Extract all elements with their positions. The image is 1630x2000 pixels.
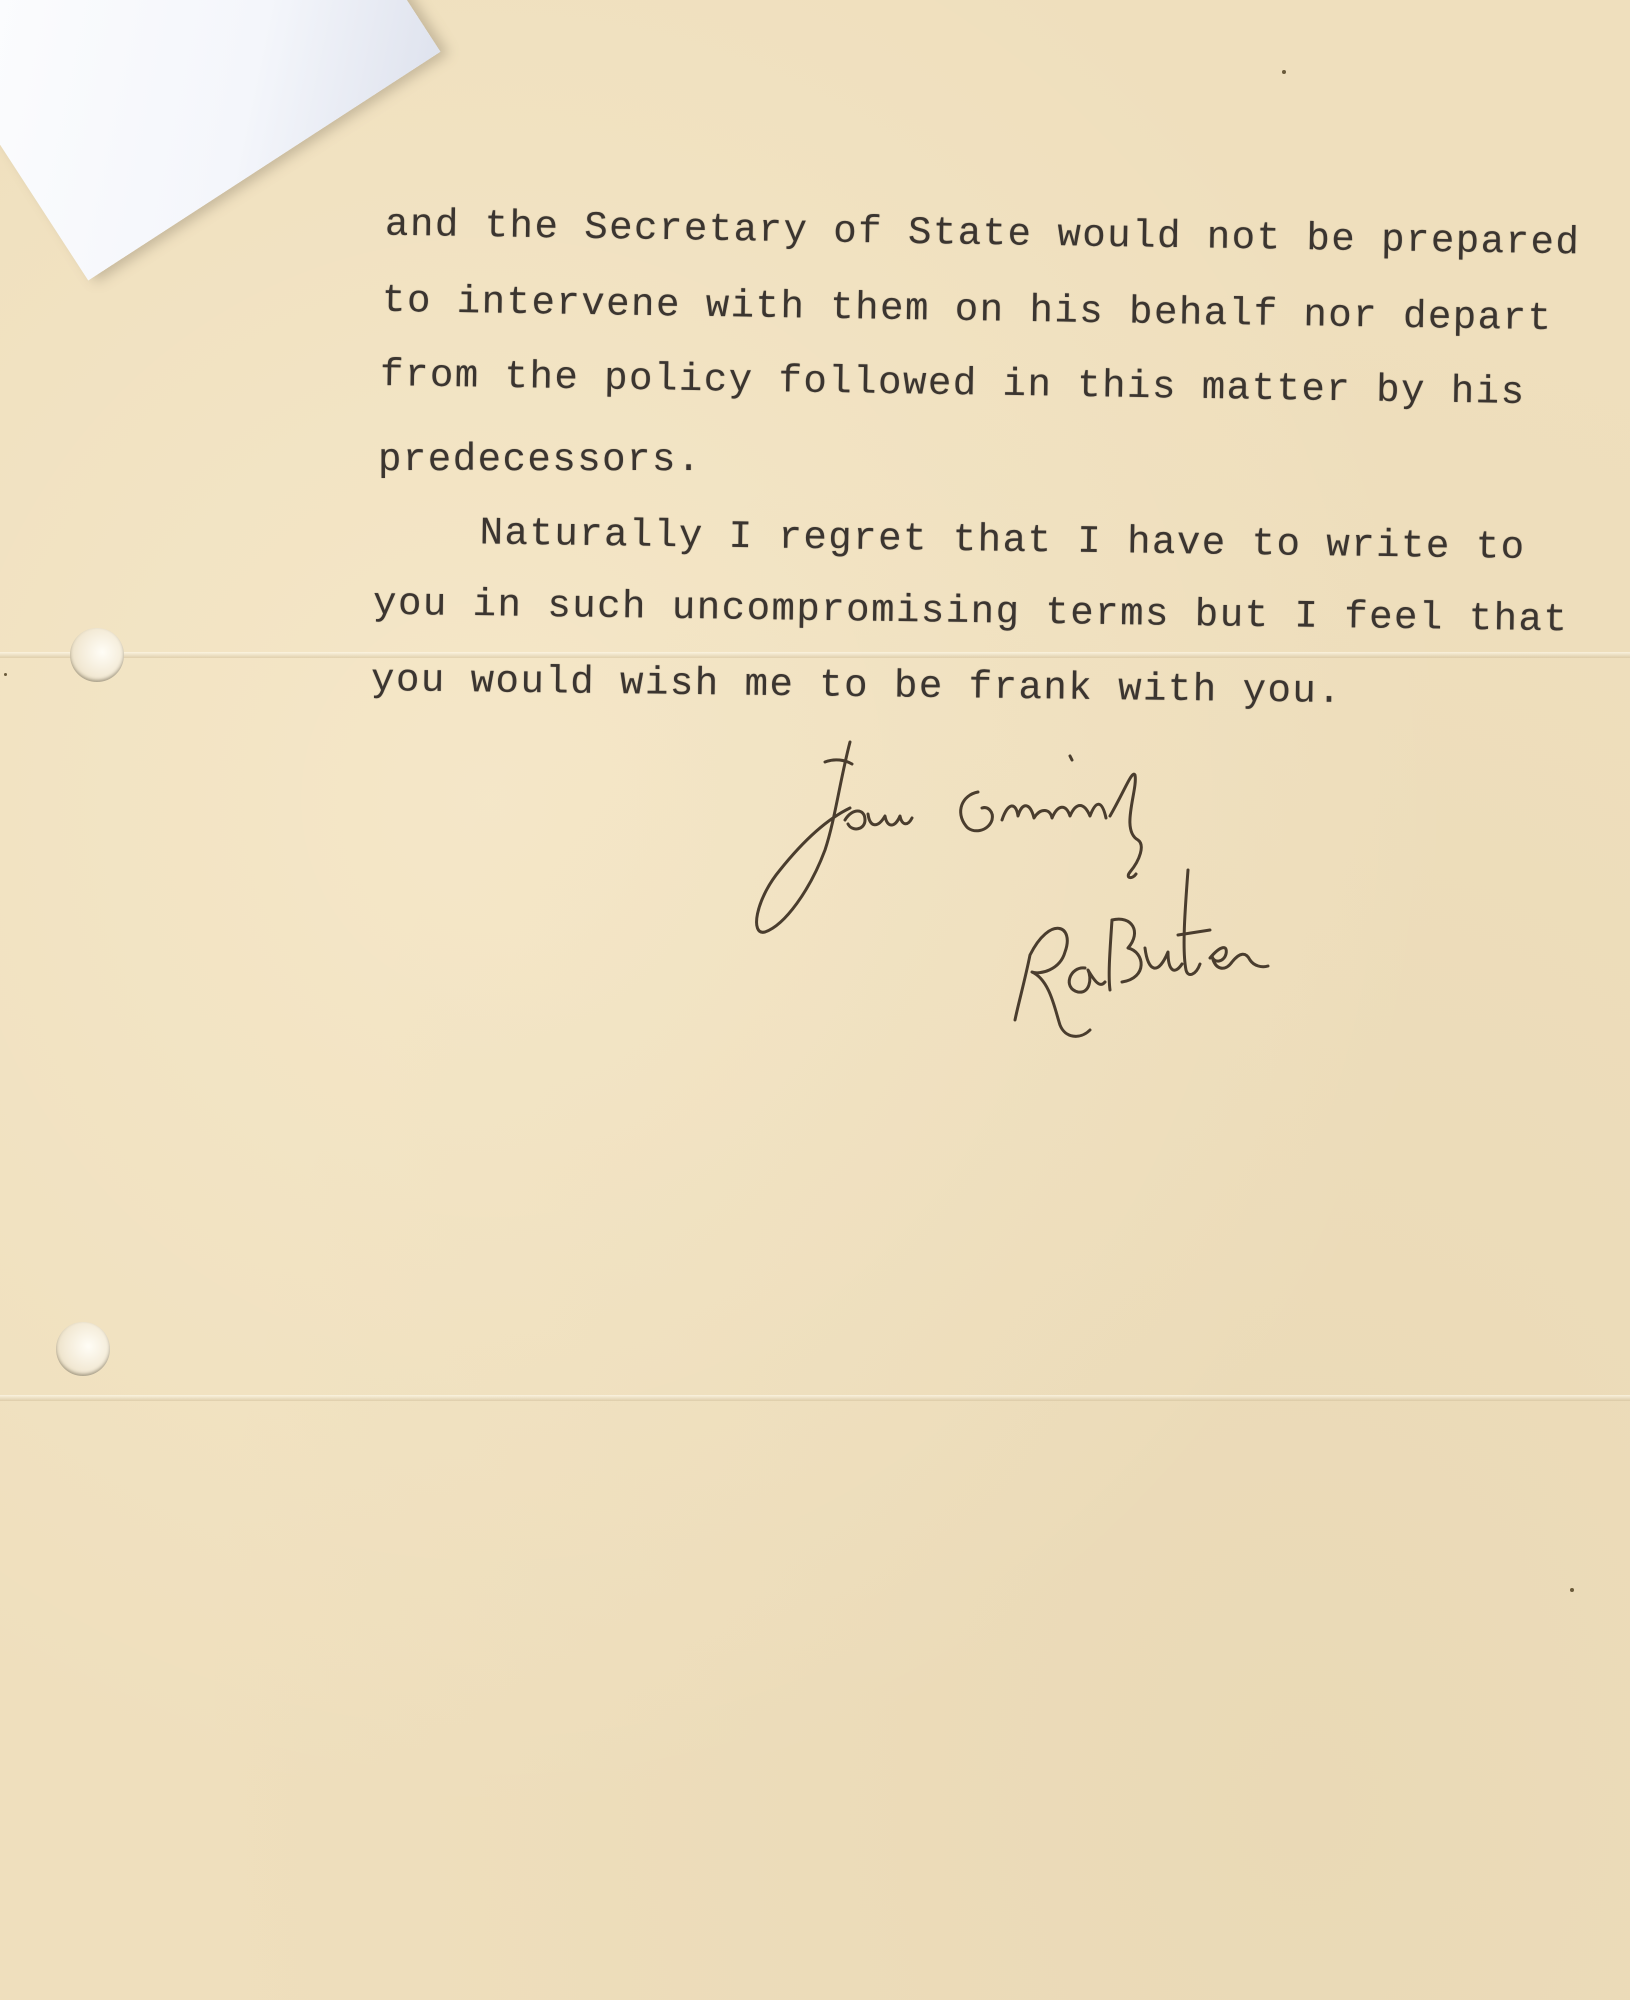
fold-crease-lower xyxy=(0,1395,1630,1401)
punch-hole-lower xyxy=(56,1322,110,1376)
text-line: predecessors. xyxy=(378,438,702,482)
paper-speck xyxy=(4,673,7,676)
fold-crease-upper xyxy=(0,652,1630,658)
signature-block: Yours sincerely R A Butler xyxy=(740,720,1400,1060)
punch-hole-upper xyxy=(70,628,124,682)
handwritten-signature-icon xyxy=(740,720,1400,1060)
paper-speck xyxy=(1570,1588,1574,1592)
paper-speck xyxy=(1282,70,1286,74)
